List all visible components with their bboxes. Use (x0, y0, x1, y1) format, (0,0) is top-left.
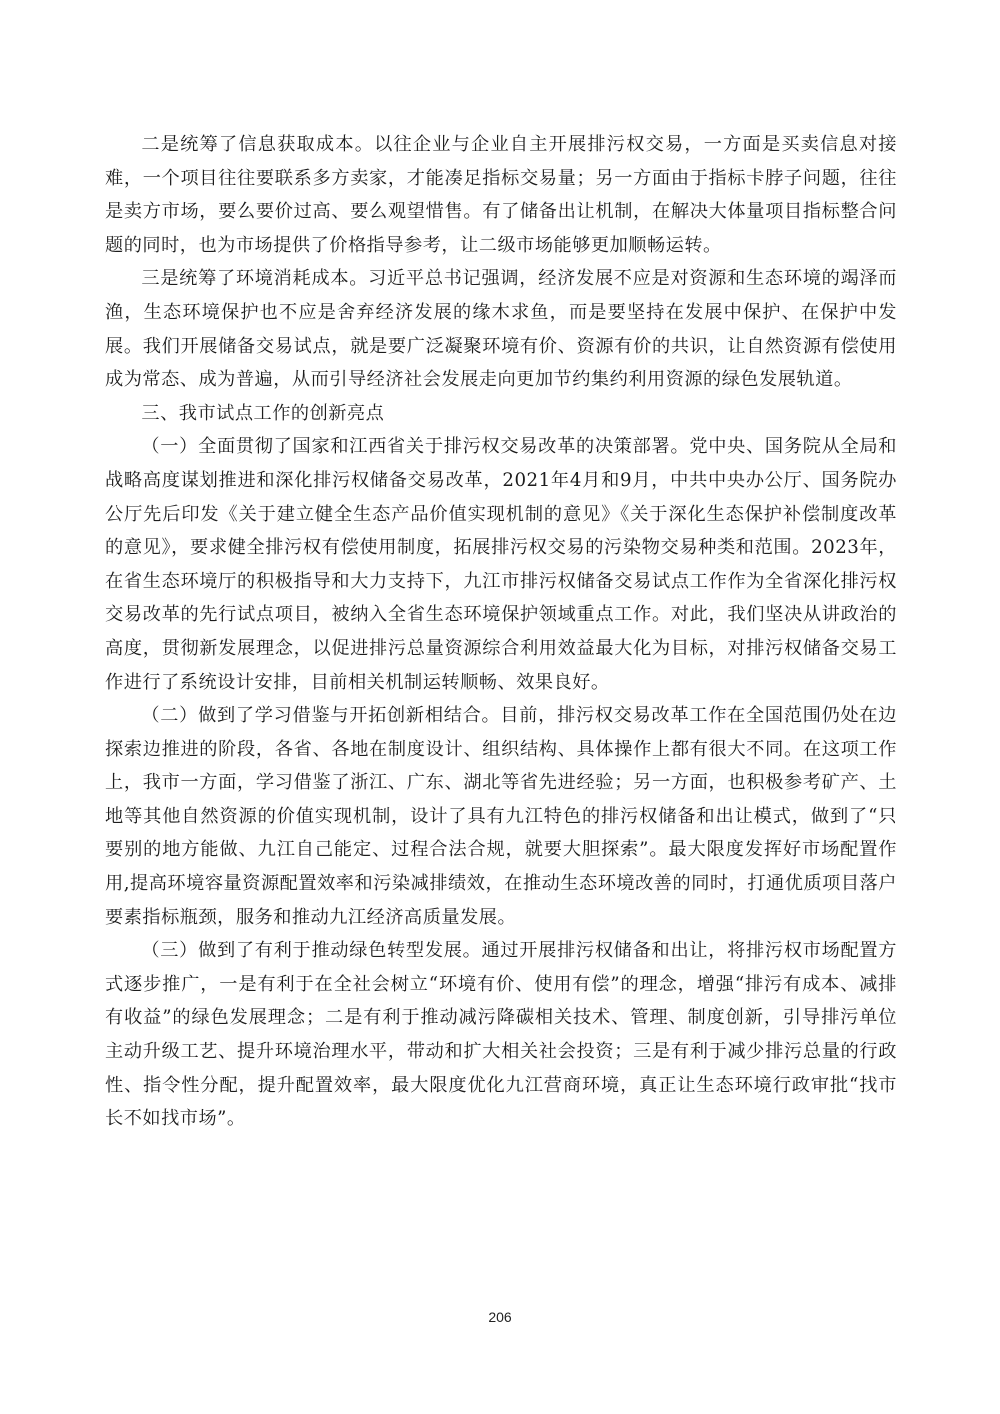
paragraph-green-transformation: （三）做到了有利于推动绿色转型发展。通过开展排污权储备和出让，将排污权市场配置方… (105, 934, 897, 1136)
document-body: 二是统筹了信息获取成本。以往企业与企业自主开展排污权交易，一方面是买卖信息对接难… (105, 128, 897, 1136)
paragraph-learning-innovation: （二）做到了学习借鉴与开拓创新相结合。目前，排污权交易改革工作在全国范围仍处在边… (105, 699, 897, 934)
document-page: 二是统筹了信息获取成本。以往企业与企业自主开展排污权交易，一方面是买卖信息对接难… (0, 0, 1000, 1414)
paragraph-information-cost: 二是统筹了信息获取成本。以往企业与企业自主开展排污权交易，一方面是买卖信息对接难… (105, 128, 897, 262)
section-heading-innovation-highlights: 三、我市试点工作的创新亮点 (105, 397, 897, 431)
page-number: 206 (0, 1309, 1000, 1325)
paragraph-implementation-policy: （一）全面贯彻了国家和江西省关于排污权交易改革的决策部署。党中央、国务院从全局和… (105, 430, 897, 699)
paragraph-environment-cost: 三是统筹了环境消耗成本。习近平总书记强调，经济发展不应是对资源和生态环境的竭泽而… (105, 262, 897, 396)
